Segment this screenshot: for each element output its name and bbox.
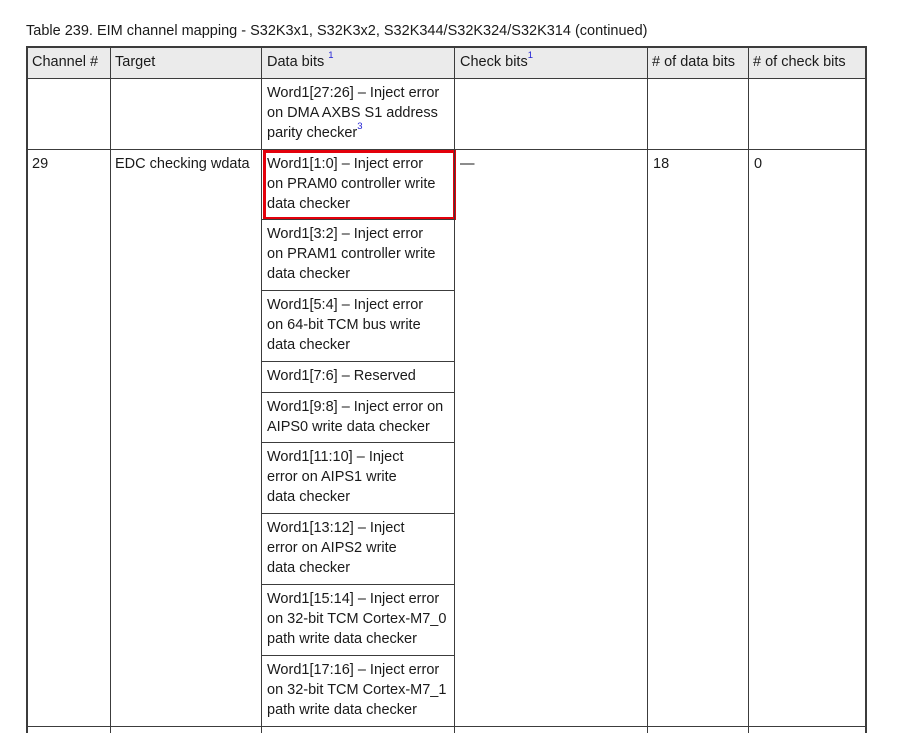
grid-line — [26, 149, 865, 150]
data-bits-line: Word1[3:2] – Inject error — [267, 224, 453, 244]
data-bits-line: on 64-bit TCM bus write — [267, 315, 453, 335]
data-bits-cell: Word1[7:6] – Reserved — [267, 366, 453, 386]
data-bits-line: Word1[7:6] – Reserved — [267, 366, 453, 386]
highlight-box — [263, 150, 456, 220]
data-bits-cell: Word1[9:8] – Inject error onAIPS0 write … — [267, 397, 453, 437]
channel-number-cell: 29 — [32, 154, 48, 174]
grid-line — [261, 655, 455, 656]
data-bits-cell: Word1[11:10] – Injecterror on AIPS1 writ… — [267, 447, 453, 507]
grid-line — [454, 46, 455, 733]
data-bits-cell: Word1[5:4] – Inject erroron 64-bit TCM b… — [267, 295, 453, 355]
data-bits-line: on 32-bit TCM Cortex-M7_0 — [267, 609, 453, 629]
grid-line — [748, 46, 749, 733]
data-bits-line: AIPS0 write data checker — [267, 417, 453, 437]
data-bits-line: Word1[11:10] – Inject — [267, 447, 453, 467]
data-bits-line: Word1[9:8] – Inject error on — [267, 397, 453, 417]
num-check-bits-cell: 0 — [754, 154, 762, 174]
data-bits-line: data checker — [267, 264, 453, 284]
data-bits-line: data checker — [267, 558, 453, 578]
footnote-link[interactable]: 1 — [528, 50, 533, 61]
grid-line — [261, 290, 455, 291]
data-bits-cell: Word1[3:2] – Inject erroron PRAM1 contro… — [267, 224, 453, 284]
grid-line — [647, 46, 648, 733]
num-data-bits-cell: 18 — [653, 154, 669, 174]
grid-line — [261, 513, 455, 514]
header-check-bits: Check bits1 — [460, 52, 533, 72]
header-num-data-bits: # of data bits — [652, 52, 735, 72]
data-bits-line: on 32-bit TCM Cortex-M7_1 — [267, 680, 453, 700]
grid-line — [865, 46, 867, 733]
grid-line — [26, 46, 867, 48]
data-bits-line: path write data checker — [267, 700, 453, 720]
data-bits-line: on PRAM1 controller write — [267, 244, 453, 264]
footnote-link[interactable]: 1 — [328, 50, 333, 61]
grid-line — [110, 46, 111, 733]
data-bits-line: data checker — [267, 487, 453, 507]
data-bits-line: data checker — [267, 335, 453, 355]
data-bits-line: error on AIPS2 write — [267, 538, 453, 558]
data-bits-cell: Word1[13:12] – Injecterror on AIPS2 writ… — [267, 518, 453, 578]
data-bits-line: Word1[5:4] – Inject error — [267, 295, 453, 315]
data-bits-line: Word1[17:16] – Inject error — [267, 660, 453, 680]
target-cell: EDC checking wdata — [115, 154, 250, 174]
grid-line — [261, 442, 455, 443]
grid-line — [261, 361, 455, 362]
header-target: Target — [115, 52, 155, 72]
data-bits-cell: Word1[15:14] – Inject erroron 32-bit TCM… — [267, 589, 453, 649]
footnote-link[interactable]: 3 — [357, 121, 362, 132]
data-bits-cell: Word1[17:16] – Inject erroron 32-bit TCM… — [267, 660, 453, 720]
data-bits-line: error on AIPS1 write — [267, 467, 453, 487]
grid-line — [261, 584, 455, 585]
grid-line — [26, 726, 865, 727]
grid-line — [26, 78, 865, 79]
header-num-check-bits: # of check bits — [753, 52, 846, 72]
check-bits-cell: — — [460, 154, 475, 174]
grid-line — [261, 219, 455, 220]
data-bits-line: Word1[13:12] – Inject — [267, 518, 453, 538]
continued-data-bits-cell: Word1[27:26] – Inject error on DMA AXBS … — [267, 83, 452, 143]
grid-line — [261, 392, 455, 393]
eim-channel-table: Channel # Target Data bits 1 Check bits1… — [0, 0, 907, 733]
header-channel: Channel # — [32, 52, 98, 72]
grid-line — [261, 46, 262, 733]
data-bits-line: Word1[15:14] – Inject error — [267, 589, 453, 609]
data-bits-line: path write data checker — [267, 629, 453, 649]
header-data-bits: Data bits 1 — [267, 52, 334, 72]
